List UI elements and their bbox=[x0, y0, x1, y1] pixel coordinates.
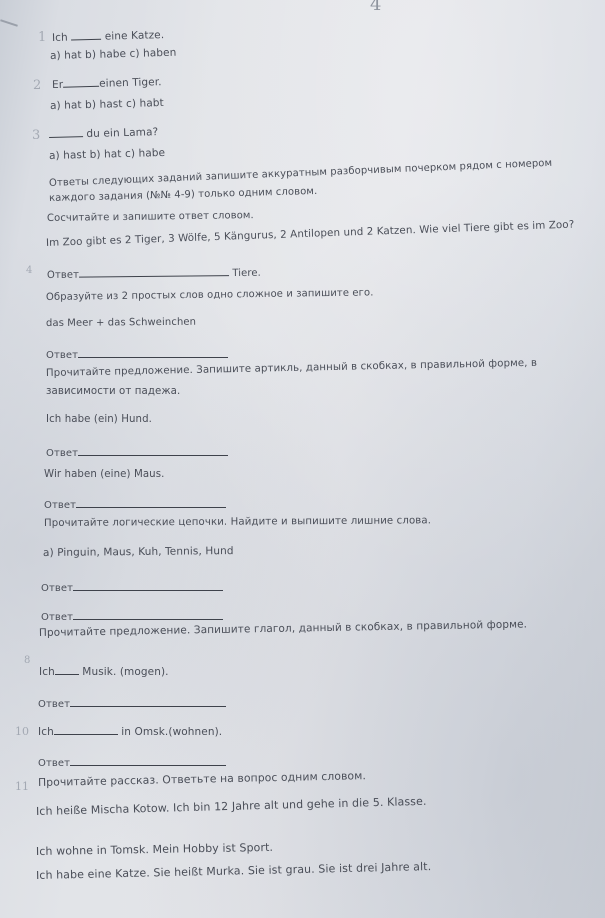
answer-blank[interactable] bbox=[76, 497, 226, 508]
answer-blank[interactable] bbox=[73, 580, 223, 591]
question-3-options: a) hast b) hat c) habe bbox=[49, 147, 165, 162]
question-1-options: a) hat b) habe c) haben bbox=[50, 47, 177, 62]
story-line-3: Ich habe eine Katze. Sie heißt Murka. Si… bbox=[36, 860, 432, 882]
answer-blank[interactable] bbox=[70, 755, 226, 766]
question-6-answer-b: Ответ bbox=[44, 497, 226, 511]
question-2-sentence: Ereinen Tiger. bbox=[52, 74, 162, 91]
story-line-2: Ich wohne in Tomsk. Mein Hobby ist Sport… bbox=[36, 841, 273, 858]
question-5-answer: Ответ bbox=[46, 347, 228, 361]
question-6-answer-a: Ответ bbox=[46, 445, 228, 459]
handwritten-top-mark: 4 bbox=[370, 0, 381, 15]
answer-blank[interactable] bbox=[78, 445, 228, 456]
margin-mark: 4 bbox=[26, 265, 32, 276]
margin-mark: 8 bbox=[24, 655, 30, 666]
question-8-sentence-b: Ich in Omsk.(wohnen). bbox=[38, 724, 222, 738]
story-line-1: Ich heiße Mischa Kotow. Ich bin 12 Jahre… bbox=[36, 795, 427, 818]
question-7-instruction: Прочитайте логические цепочки. Найдите и… bbox=[44, 515, 431, 529]
question-3-sentence: du ein Lama? bbox=[49, 124, 159, 141]
question-4-answer: Ответ Tiere. bbox=[47, 265, 261, 281]
question-8-answer-a: Ответ bbox=[38, 696, 226, 710]
answer-blank[interactable] bbox=[71, 29, 101, 41]
main-instruction-line-2: каждого задания (№№ 4-9) только одним сл… bbox=[49, 186, 318, 204]
question-4-instruction: Сосчитайте и запишите ответ словом. bbox=[47, 210, 254, 224]
answer-blank[interactable] bbox=[63, 76, 99, 88]
answer-blank[interactable] bbox=[55, 664, 79, 675]
answer-blank[interactable] bbox=[70, 696, 226, 707]
margin-mark: 11 bbox=[15, 780, 29, 793]
question-6-instruction-line-2: зависимости от падежа. bbox=[46, 386, 180, 397]
answer-blank[interactable] bbox=[79, 265, 229, 278]
question-4-text: Im Zoo gibt es 2 Tiger, 3 Wölfe, 5 Kängu… bbox=[46, 219, 575, 249]
question-2-options: a) hat b) hast c) habt bbox=[50, 97, 164, 112]
question-7-chain: a) Pinguin, Maus, Kuh, Tennis, Hund bbox=[43, 545, 234, 559]
question-7-answer-a: Ответ bbox=[41, 580, 223, 594]
margin-mark: 10 bbox=[15, 725, 29, 738]
margin-mark: 3 bbox=[32, 128, 40, 143]
answer-blank[interactable] bbox=[49, 126, 83, 138]
question-6-sentence-b: Wir haben (eine) Maus. bbox=[44, 469, 164, 480]
answer-blank[interactable] bbox=[78, 347, 228, 358]
question-8-answer-b: Ответ bbox=[38, 755, 226, 769]
margin-mark: 2 bbox=[33, 78, 41, 93]
question-5-text: das Meer + das Schweinchen bbox=[46, 317, 196, 329]
question-7-answer-b: Ответ bbox=[41, 609, 223, 623]
question-8-sentence-a: Ich Musik. (mogen). bbox=[39, 664, 169, 678]
question-9-instruction: Прочитайте рассказ. Ответьте на вопрос о… bbox=[38, 769, 366, 789]
margin-mark: 1 bbox=[38, 30, 46, 45]
answer-blank[interactable] bbox=[73, 609, 223, 620]
main-instruction-line-1: Ответы следующих заданий запишите аккура… bbox=[49, 158, 553, 189]
question-5-instruction: Образуйте из 2 простых слов одно сложное… bbox=[46, 287, 374, 303]
question-1-sentence: Ich eine Katze. bbox=[52, 27, 165, 44]
answer-blank[interactable] bbox=[54, 724, 118, 735]
paper-fold-mark bbox=[0, 19, 18, 26]
question-6-sentence-a: Ich habe (ein) Hund. bbox=[46, 414, 152, 425]
